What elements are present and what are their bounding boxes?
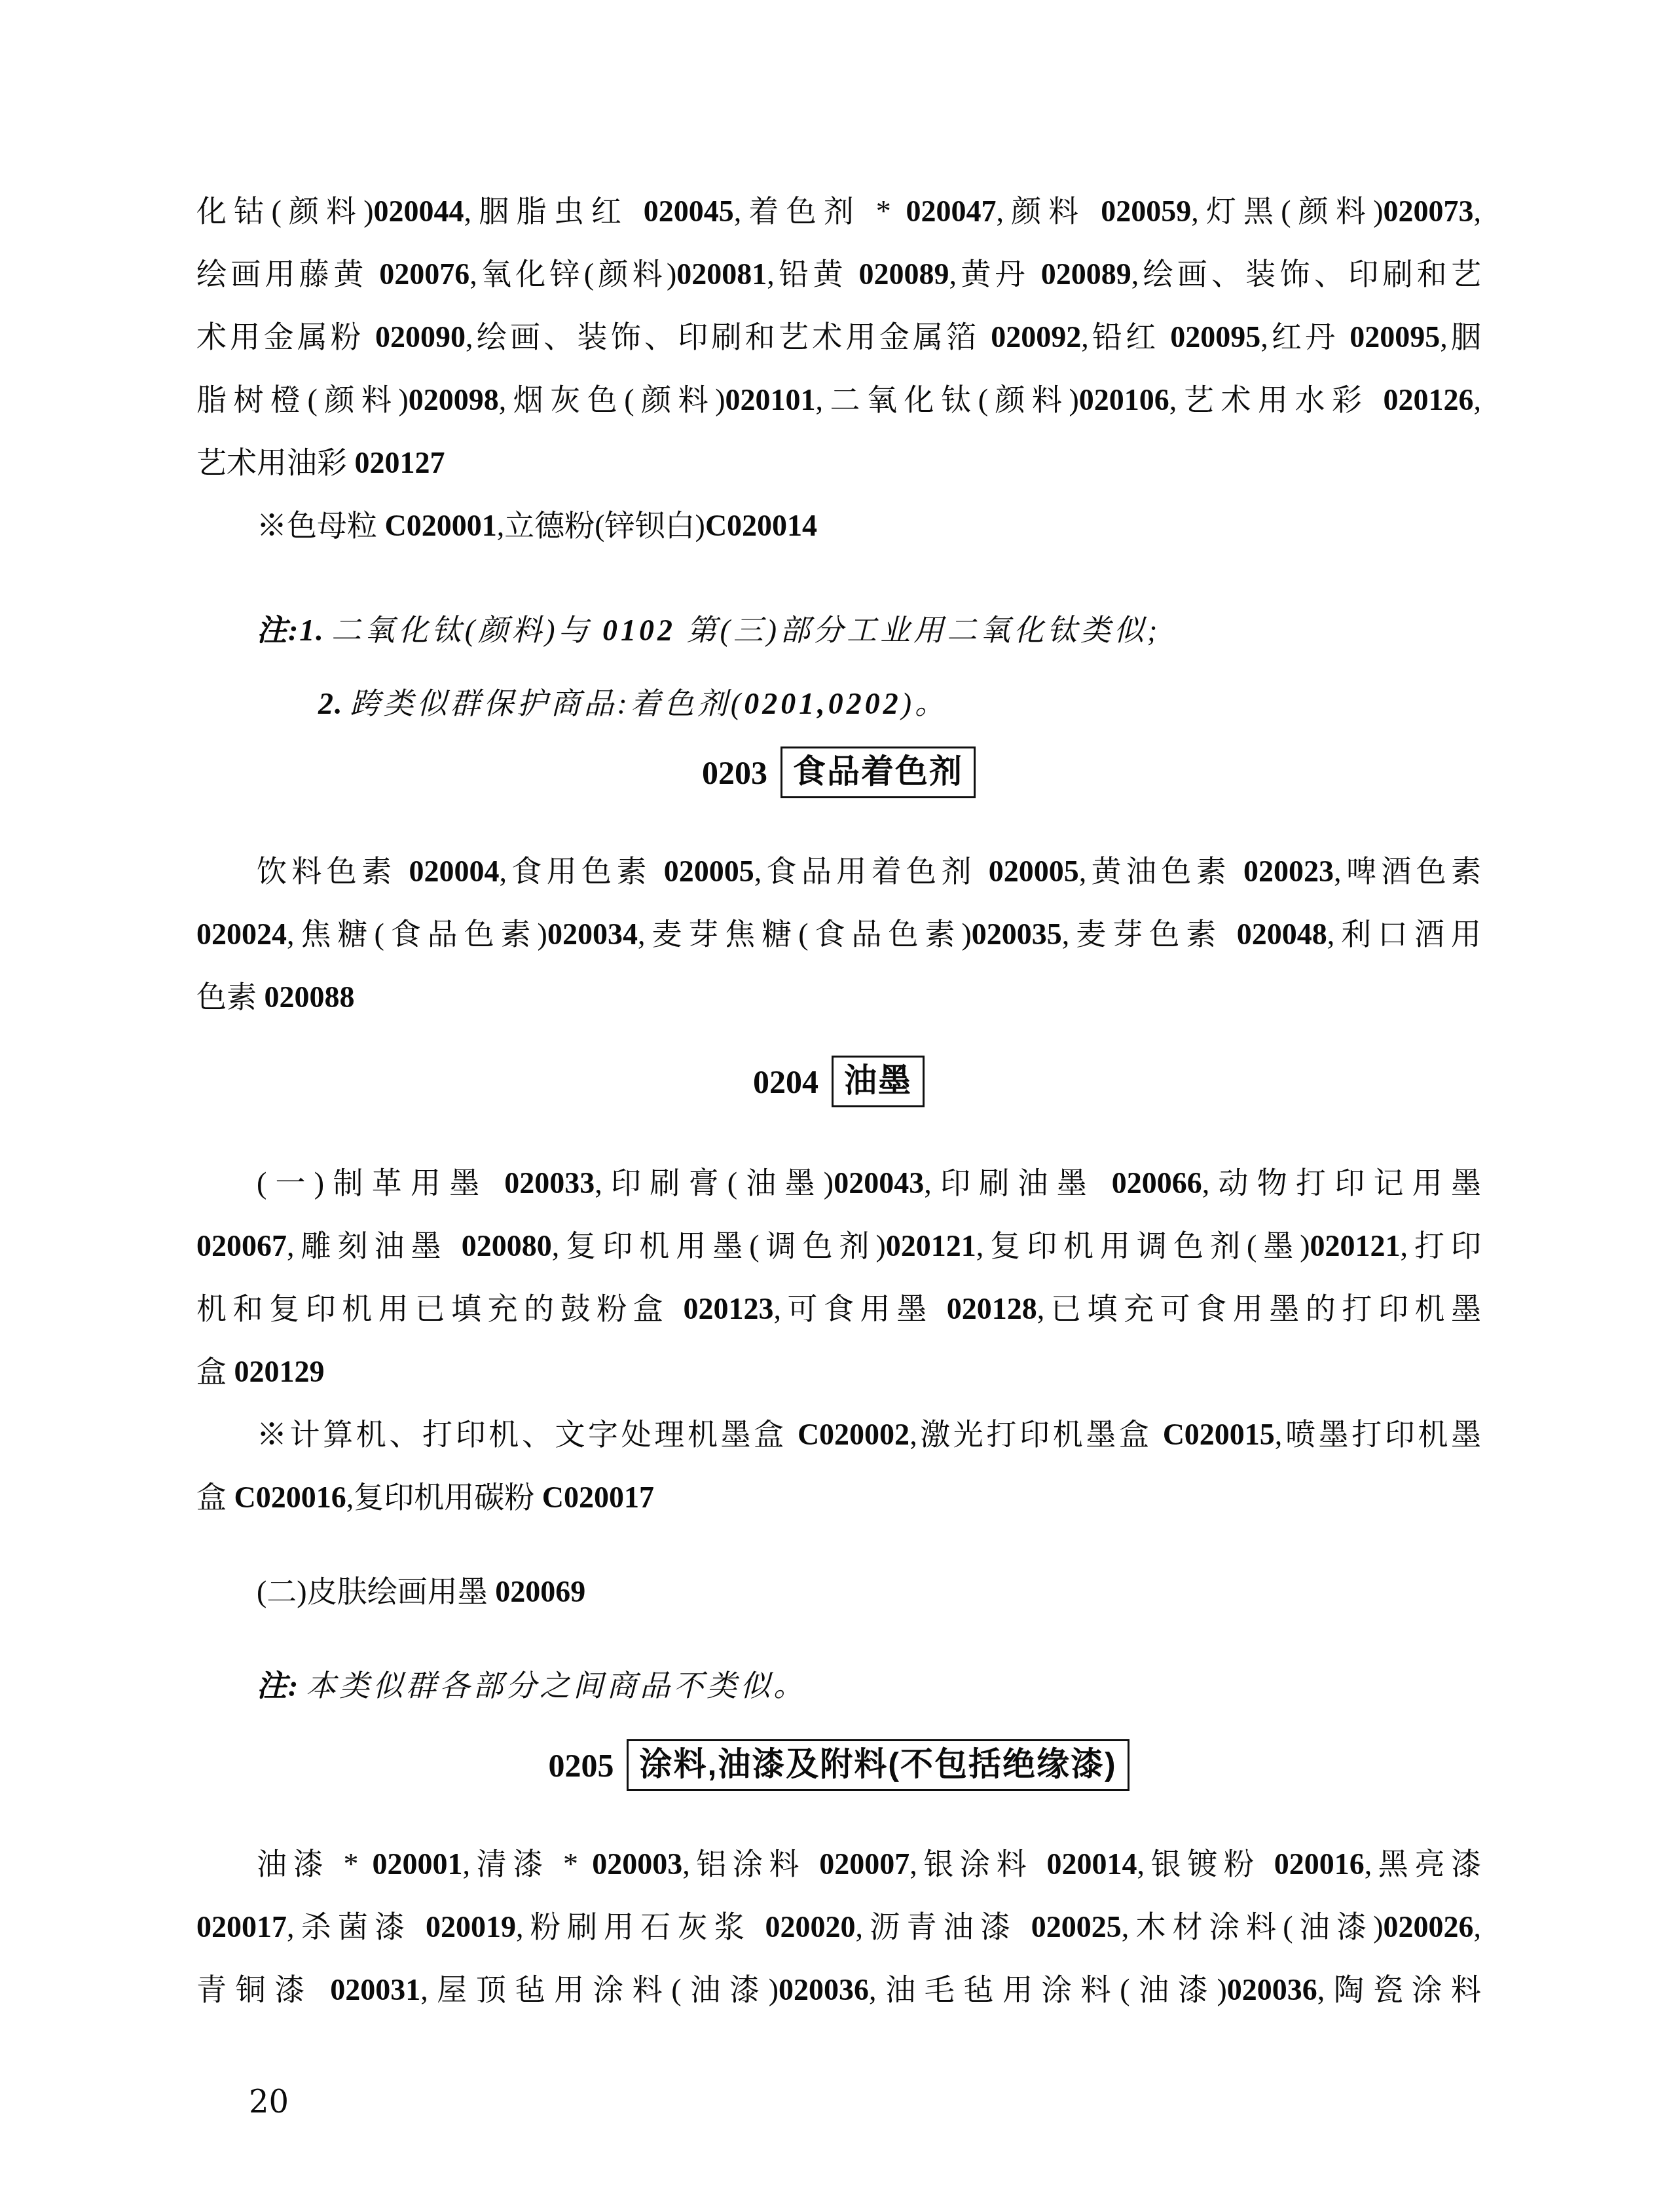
section-header-0205: 0205涂料,油漆及附料(不包括绝缘漆) — [196, 1739, 1481, 1791]
section-title-box: 涂料,油漆及附料(不包括绝缘漆) — [627, 1739, 1129, 1791]
note-1: 注:1.二氧化钛(颜料)与 0102 第(三)部分工业用二氧化钛类似; — [196, 599, 1481, 662]
note-3: 注:本类似群各部分之间商品不类似。 — [196, 1655, 1481, 1718]
text-line: 化钴(颜料)020044,胭脂虫红 020045,着色剂 * 020047,颜料… — [196, 180, 1481, 243]
text-line: 油漆 * 020001,清漆 * 020003,铝涂料 020007,银涂料 0… — [196, 1833, 1481, 1896]
note-prefix: 注:1. — [257, 614, 325, 647]
note-2: 2.跨类似群保护商品:着色剂(0201,0202)。 — [196, 673, 1481, 735]
text-line: (二)皮肤绘画用墨 020069 — [196, 1560, 1481, 1623]
text-line: 020017,杀菌漆 020019,粉刷用石灰浆 020020,沥青油漆 020… — [196, 1896, 1481, 1959]
section-title-box: 食品着色剂 — [780, 747, 976, 798]
text-line: 020067,雕刻油墨 020080,复印机用墨(调色剂)020121,复印机用… — [196, 1215, 1481, 1278]
section-code: 0205 — [548, 1749, 614, 1782]
text-line: 术用金属粉 020090,绘画、装饰、印刷和艺术用金属箔 020092,铅红 0… — [196, 306, 1481, 369]
paragraph-inks-part2: (二)皮肤绘画用墨 020069 — [196, 1560, 1481, 1623]
section-header-0203: 0203食品着色剂 — [196, 747, 1481, 798]
note-prefix: 2. — [318, 687, 344, 720]
text-line: 艺术用油彩 020127 — [196, 432, 1481, 494]
text-line: 机和复印机用已填充的鼓粉盒 020123,可食用墨 020128,已填充可食用墨… — [196, 1278, 1481, 1340]
page-number: 20 — [249, 2082, 289, 2122]
text-line: 色素 020088 — [196, 966, 1481, 1029]
section-code: 0204 — [753, 1065, 818, 1098]
ref-line: ※色母粒 C020001,立德粉(锌钡白)C020014 — [196, 494, 1481, 557]
note-line: 2.跨类似群保护商品:着色剂(0201,0202)。 — [196, 673, 1481, 735]
note-line: 注:1.二氧化钛(颜料)与 0102 第(三)部分工业用二氧化钛类似; — [196, 599, 1481, 662]
note-line: 注:本类似群各部分之间商品不类似。 — [196, 1655, 1481, 1718]
note-text: 跨类似群保护商品:着色剂(0201,0202)。 — [350, 687, 948, 720]
note-text: 二氧化钛(颜料)与 0102 第(三)部分工业用二氧化钛类似; — [331, 614, 1161, 647]
paragraph-pigments: 化钴(颜料)020044,胭脂虫红 020045,着色剂 * 020047,颜料… — [196, 180, 1481, 494]
text-line: 青铜漆 020031,屋顶毡用涂料(油漆)020036,油毛毡用涂料(油漆)02… — [196, 1959, 1481, 2021]
ref-line: 盒 C020016,复印机用碳粉 C020017 — [196, 1466, 1481, 1529]
text-line: 盒 020129 — [196, 1340, 1481, 1403]
ref-items-colorant: ※色母粒 C020001,立德粉(锌钡白)C020014 — [196, 494, 1481, 557]
text-line: 020024,焦糖(食品色素)020034,麦芽焦糖(食品色素)020035,麦… — [196, 903, 1481, 966]
section-title-box: 油墨 — [832, 1056, 925, 1107]
paragraph-paints: 油漆 * 020001,清漆 * 020003,铝涂料 020007,银涂料 0… — [196, 1833, 1481, 2021]
section-code: 0203 — [702, 756, 767, 789]
ref-items-cartridges: ※计算机、打印机、文字处理机墨盒 C020002,激光打印机墨盒 C020015… — [196, 1403, 1481, 1529]
scanned-document-page: { "page_number": "20", "blocks": { "p1":… — [0, 0, 1671, 2212]
section-header-0204: 0204油墨 — [196, 1056, 1481, 1107]
text-line: 脂树橙(颜料)020098,烟灰色(颜料)020101,二氧化钛(颜料)0201… — [196, 369, 1481, 432]
paragraph-food-colorants: 饮料色素 020004,食用色素 020005,食品用着色剂 020005,黄油… — [196, 840, 1481, 1029]
text-line: 绘画用藤黄 020076,氧化锌(颜料)020081,铅黄 020089,黄丹 … — [196, 243, 1481, 306]
text-line: 饮料色素 020004,食用色素 020005,食品用着色剂 020005,黄油… — [196, 840, 1481, 903]
text-line: (一)制革用墨 020033,印刷膏(油墨)020043,印刷油墨 020066… — [196, 1152, 1481, 1215]
note-text: 本类似群各部分之间商品不类似。 — [306, 1669, 807, 1703]
note-prefix: 注: — [257, 1669, 299, 1703]
ref-line: ※计算机、打印机、文字处理机墨盒 C020002,激光打印机墨盒 C020015… — [196, 1403, 1481, 1466]
paragraph-inks-part1: (一)制革用墨 020033,印刷膏(油墨)020043,印刷油墨 020066… — [196, 1152, 1481, 1403]
